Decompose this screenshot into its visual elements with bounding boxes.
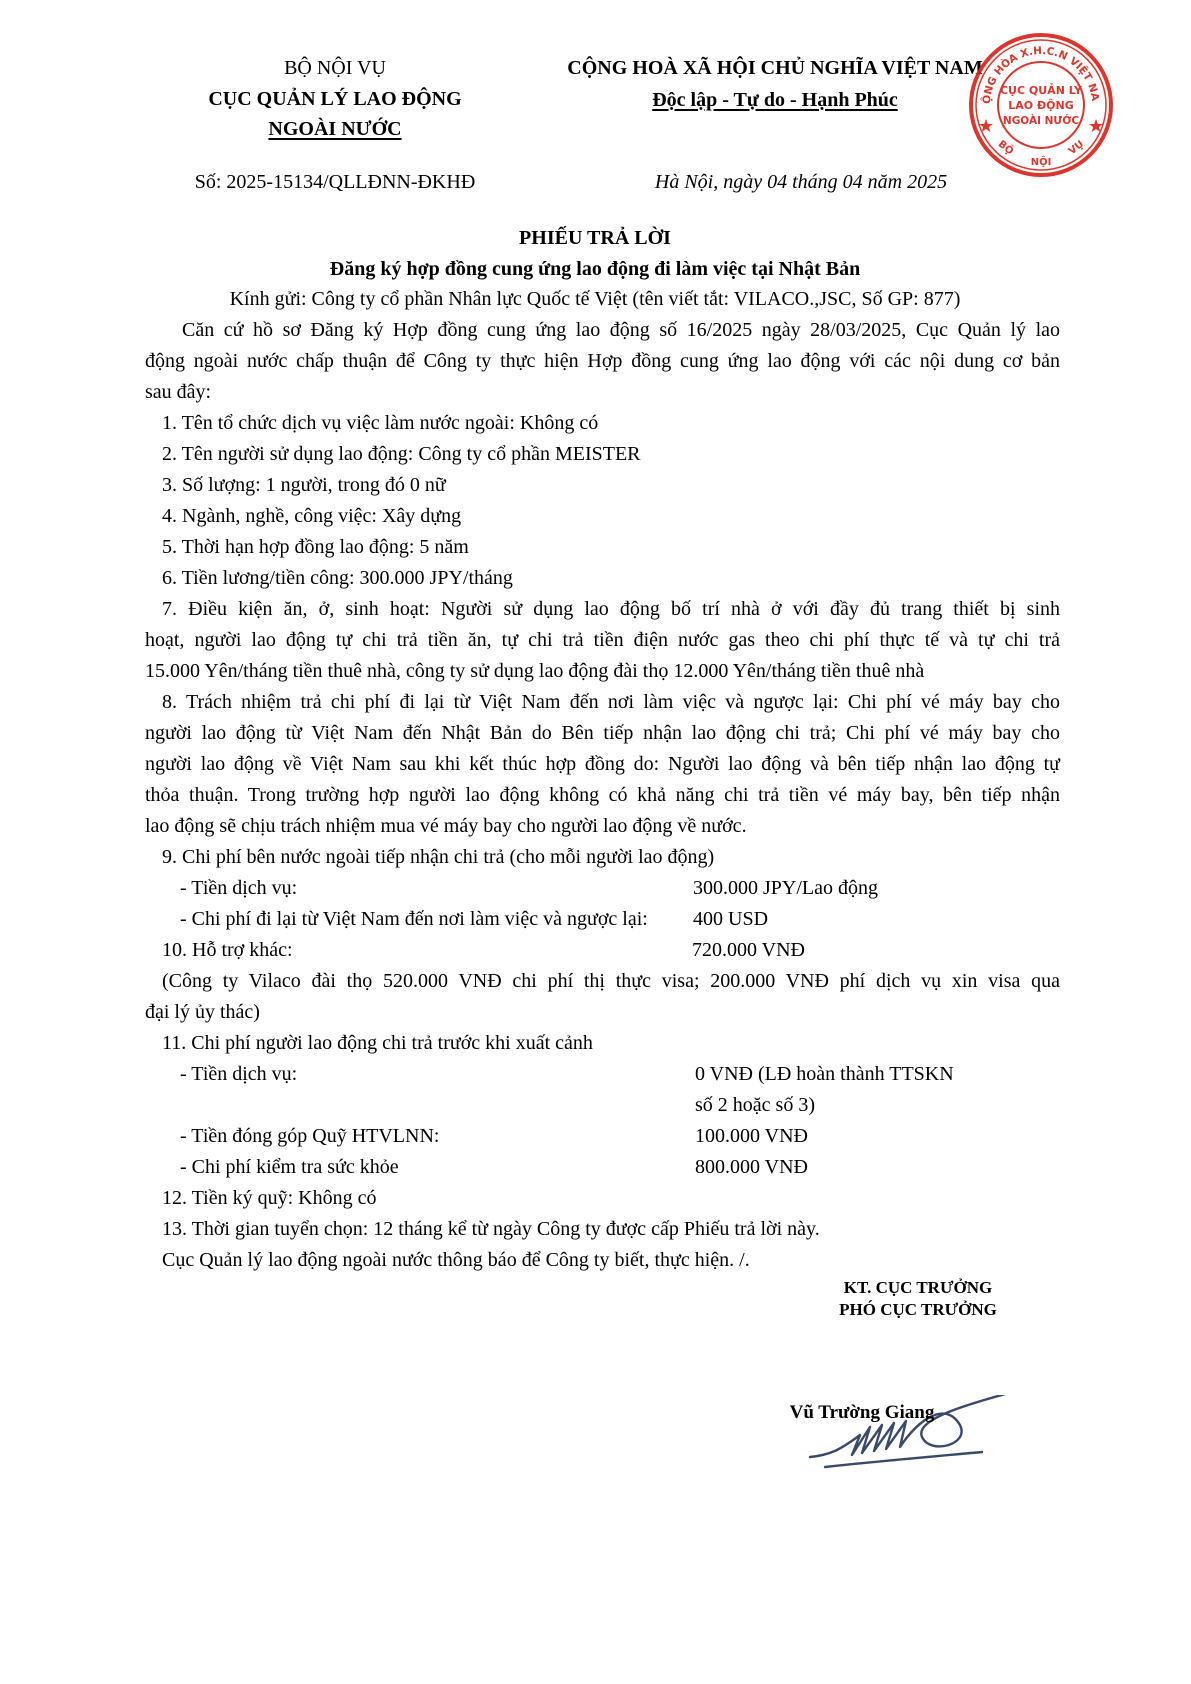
- item-9-row-1-value: 300.000 JPY/Lao động: [693, 876, 878, 900]
- nation-title: CỘNG HOÀ XÃ HỘI CHỦ NGHĨA VIỆT NAM: [567, 56, 982, 80]
- agency-name-line1: CỤC QUẢN LÝ LAO ĐỘNG: [208, 87, 461, 111]
- item-7-line-1: 7. Điều kiện ăn, ở, sinh hoạt: Người sử …: [162, 597, 1060, 621]
- official-seal-stamp: CỘNG HÒA X.H.C.N VIỆT NAM CỤC QUẢN LÝ LA…: [968, 32, 1114, 178]
- stamp-center-line3: NGOÀI NƯỚC: [1003, 114, 1079, 127]
- item-11-heading: 11. Chi phí người lao động chi trả trước…: [162, 1031, 593, 1055]
- item-1: 1. Tên tổ chức dịch vụ việc làm nước ngo…: [162, 411, 598, 435]
- item-3: 3. Số lượng: 1 người, trong đó 0 nữ: [162, 473, 446, 497]
- item-11-row-2-value: 100.000 VNĐ: [695, 1124, 808, 1148]
- item-13: 13. Thời gian tuyển chọn: 12 tháng kể từ…: [162, 1217, 820, 1241]
- item-11-row-1-value-cont: số 2 hoặc số 3): [695, 1093, 815, 1117]
- item-9-heading: 9. Chi phí bên nước ngoài tiếp nhận chi …: [162, 845, 714, 869]
- document-number: Số: 2025-15134/QLLĐNN-ĐKHĐ: [195, 170, 476, 194]
- item-11-row-3-value: 800.000 VNĐ: [695, 1155, 808, 1179]
- intro-line-1: Căn cứ hồ sơ Đăng ký Hợp đồng cung ứng l…: [182, 318, 1060, 342]
- intro-line-3: sau đây:: [145, 380, 211, 404]
- stamp-center-line2: LAO ĐỘNG: [1008, 99, 1074, 112]
- item-10-value: 720.000 VNĐ: [692, 938, 805, 962]
- stamp-center-line1: CỤC QUẢN LÝ: [1000, 83, 1083, 97]
- signature-title-1: KT. CỤC TRƯỞNG: [844, 1278, 992, 1298]
- item-10-note-line-2: đại lý ủy thác): [145, 1000, 260, 1024]
- item-10-label: 10. Hỗ trợ khác:: [162, 938, 293, 962]
- item-11-row-3-label: - Chi phí kiểm tra sức khỏe: [180, 1155, 399, 1179]
- item-5: 5. Thời hạn hợp đồng lao động: 5 năm: [162, 535, 469, 559]
- signer-name: Vũ Trường Giang: [790, 1401, 935, 1425]
- stamp-bottom-word2: NỘI: [1031, 155, 1052, 168]
- item-7-line-2: hoạt, người lao động tự chi trả tiền ăn,…: [145, 628, 1060, 652]
- document-title: PHIẾU TRẢ LỜI: [519, 226, 671, 250]
- item-11-row-1-value: 0 VNĐ (LĐ hoàn thành TTSKN: [695, 1062, 954, 1086]
- agency-parent: BỘ NỘI VỤ: [284, 56, 386, 80]
- signature-title-2: PHÓ CỤC TRƯỞNG: [839, 1300, 997, 1320]
- place-date: Hà Nội, ngày 04 tháng 04 năm 2025: [655, 170, 947, 194]
- document-subtitle: Đăng ký hợp đồng cung ứng lao động đi là…: [330, 257, 860, 281]
- agency-name-line2: NGOÀI NƯỚC: [268, 117, 401, 141]
- item-7-line-3: 15.000 Yên/tháng tiền thuê nhà, công ty …: [145, 659, 924, 683]
- item-8-line-4: thỏa thuận. Trong trường hợp người lao đ…: [145, 783, 1060, 807]
- item-8-line-1: 8. Trách nhiệm trả chi phí đi lại từ Việ…: [162, 690, 1060, 714]
- item-4: 4. Ngành, nghề, công việc: Xây dựng: [162, 504, 461, 528]
- item-12: 12. Tiền ký quỹ: Không có: [162, 1186, 376, 1210]
- recipient-line: Kính gửi: Công ty cổ phần Nhân lực Quốc …: [230, 287, 961, 311]
- item-11-row-2-label: - Tiền đóng góp Quỹ HTVLNN:: [180, 1124, 439, 1148]
- item-9-row-1-label: - Tiền dịch vụ:: [180, 876, 297, 900]
- item-10-note-line-1: (Công ty Vilaco đài thọ 520.000 VNĐ chi …: [162, 969, 1060, 993]
- item-8-line-2: người lao động từ Việt Nam đến Nhật Bản …: [145, 721, 1060, 745]
- national-motto: Độc lập - Tự do - Hạnh Phúc: [652, 88, 898, 112]
- item-11-row-1-label: - Tiền dịch vụ:: [180, 1062, 297, 1086]
- item-8-line-3: người lao động về Việt Nam sau khi kết t…: [145, 752, 1060, 776]
- item-9-row-2-label: - Chi phí đi lại từ Việt Nam đến nơi làm…: [180, 907, 648, 931]
- closing-statement: Cục Quản lý lao động ngoài nước thông bá…: [162, 1248, 750, 1272]
- item-8-line-5: lao động sẽ chịu trách nhiệm mua vé máy …: [145, 814, 747, 838]
- intro-line-2: động ngoài nước chấp thuận để Công ty th…: [145, 349, 1060, 373]
- item-6: 6. Tiền lương/tiền công: 300.000 JPY/thá…: [162, 566, 513, 590]
- item-2: 2. Tên người sử dụng lao động: Công ty c…: [162, 442, 641, 466]
- item-9-row-2-value: 400 USD: [693, 907, 768, 931]
